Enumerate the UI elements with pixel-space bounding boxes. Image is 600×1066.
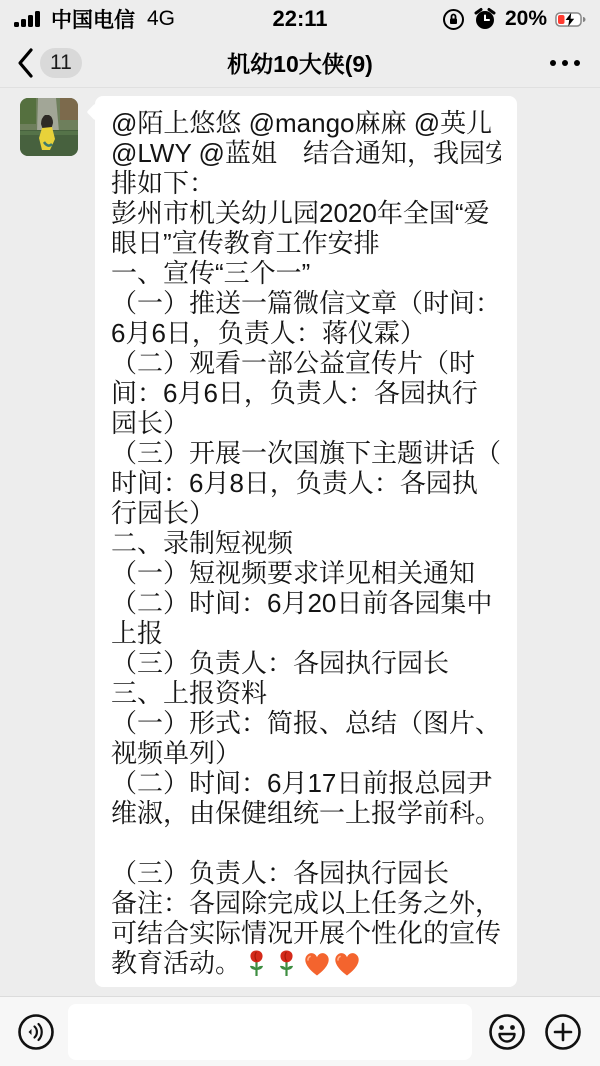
voice-button[interactable] — [17, 1013, 55, 1051]
more-button[interactable] — [548, 38, 582, 88]
battery-percent-label: 20% — [505, 7, 547, 31]
message-line: （一）形式：简报、总结（图片、 — [111, 708, 501, 738]
alarm-clock-icon — [473, 7, 497, 31]
status-bar: 中国电信 4G 22:11 20% — [0, 0, 600, 38]
orientation-lock-icon — [442, 8, 465, 31]
emoji-button[interactable] — [488, 1013, 526, 1051]
orange-heart-emoji — [302, 949, 331, 978]
avatar[interactable] — [20, 98, 78, 156]
network-label: 4G — [147, 7, 175, 31]
message-line: （一）短视频要求详见相关通知 — [111, 558, 501, 588]
status-right: 20% — [442, 7, 586, 31]
unread-count-badge: 11 — [40, 48, 82, 78]
message-line: 可结合实际情况开展个性化的宣传 — [111, 918, 501, 948]
message-line: 备注：各园除完成以上任务之外， — [111, 888, 501, 918]
message-last-line-text: 教育活动。 — [111, 948, 241, 978]
message-line: （三）负责人：各园执行园长 — [111, 858, 501, 888]
nav-bar: 11 机幼10大侠(9) — [0, 38, 600, 88]
message-line: 上报 — [111, 618, 501, 648]
ellipsis-icon — [548, 58, 582, 68]
message-line: （二）时间：6月17日前报总园尹 — [111, 768, 501, 798]
message-line: 园长） — [111, 408, 501, 438]
message-line: 一、宣传“三个一” — [111, 258, 501, 288]
signal-bars-icon — [14, 10, 43, 28]
message-line: 时间：6月8日，负责人：各园执 — [111, 468, 501, 498]
carrier-label: 中国电信 — [51, 4, 135, 34]
message-line: （一）推送一篇微信文章（时间： — [111, 288, 501, 318]
rose-emoji — [242, 949, 271, 978]
chat-title: 机幼10大侠(9) — [227, 46, 373, 79]
rose-emoji — [272, 949, 301, 978]
message-text: @陌上悠悠 @mango麻麻 @英儿@LWY @蓝姐 结合通知，我园安排如下：彭… — [95, 96, 517, 978]
plus-button[interactable] — [544, 1013, 582, 1051]
message-line: 行园长） — [111, 498, 501, 528]
message-line: 视频单列） — [111, 738, 501, 768]
message-line: 二、录制短视频 — [111, 528, 501, 558]
message-line: 三、上报资料 — [111, 678, 501, 708]
wechat-chat-screen: 中国电信 4G 22:11 20% — [0, 0, 600, 1066]
message-line: 眼日”宣传教育工作安排 — [111, 228, 501, 258]
message-lines: @陌上悠悠 @mango麻麻 @英儿@LWY @蓝姐 结合通知，我园安排如下：彭… — [111, 108, 501, 948]
chat-message-area: @陌上悠悠 @mango麻麻 @英儿@LWY @蓝姐 结合通知，我园安排如下：彭… — [0, 88, 600, 996]
clock-time: 22:11 — [272, 6, 327, 32]
status-left: 中国电信 4G — [14, 4, 175, 34]
back-chevron-icon — [16, 47, 36, 79]
message-line: （二）时间：6月20日前各园集中 — [111, 588, 501, 618]
back-button[interactable]: 11 — [0, 47, 82, 79]
message-line: 排如下： — [111, 168, 501, 198]
battery-charging-icon — [555, 12, 586, 27]
message-line: （三）负责人：各园执行园长 — [111, 648, 501, 678]
message-line: （二）观看一部公益宣传片（时 — [111, 348, 501, 378]
orange-heart-emoji — [332, 949, 361, 978]
message-bubble[interactable]: @陌上悠悠 @mango麻麻 @英儿@LWY @蓝姐 结合通知，我园安排如下：彭… — [95, 96, 517, 987]
message-line: （三）开展一次国旗下主题讲话（ — [111, 438, 501, 468]
message-input[interactable] — [68, 1004, 472, 1060]
input-bar — [0, 996, 600, 1066]
message-line: 维淑，由保健组统一上报学前科。 — [111, 798, 501, 828]
message-line: 6月6日，负责人：蒋仪霖） — [111, 318, 501, 348]
message-line — [111, 828, 501, 858]
message-line: 间：6月6日，负责人：各园执行 — [111, 378, 501, 408]
message-line: @陌上悠悠 @mango麻麻 @英儿 — [111, 108, 501, 138]
message-line: @LWY @蓝姐 结合通知，我园安 — [111, 138, 501, 168]
message-last-line: 教育活动。 — [111, 948, 501, 978]
message-line: 彭州市机关幼儿园2020年全国“爱 — [111, 198, 501, 228]
